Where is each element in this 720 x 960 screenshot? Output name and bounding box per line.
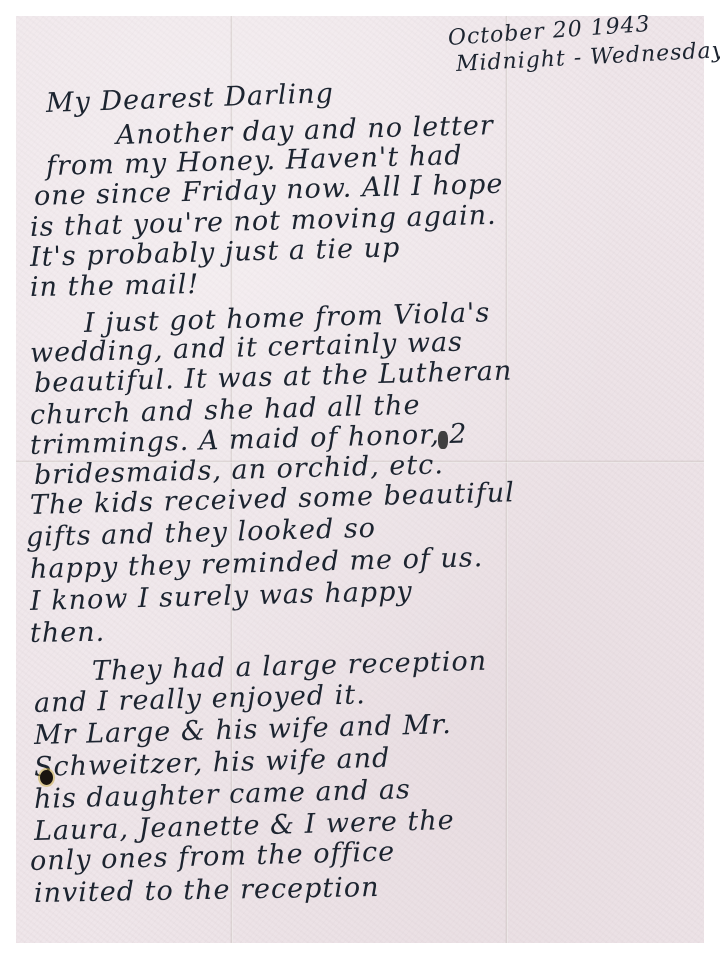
ink-smudge <box>438 431 448 449</box>
letter-paper: October 20 1943 Midnight - Wednesday My … <box>16 16 704 943</box>
letter-line: invited to the reception <box>34 872 380 909</box>
letter-line: then. <box>30 617 106 649</box>
ink-blot <box>40 770 53 785</box>
letter-line: in the mail! <box>30 269 200 303</box>
salutation: My Dearest Darling <box>45 78 334 119</box>
